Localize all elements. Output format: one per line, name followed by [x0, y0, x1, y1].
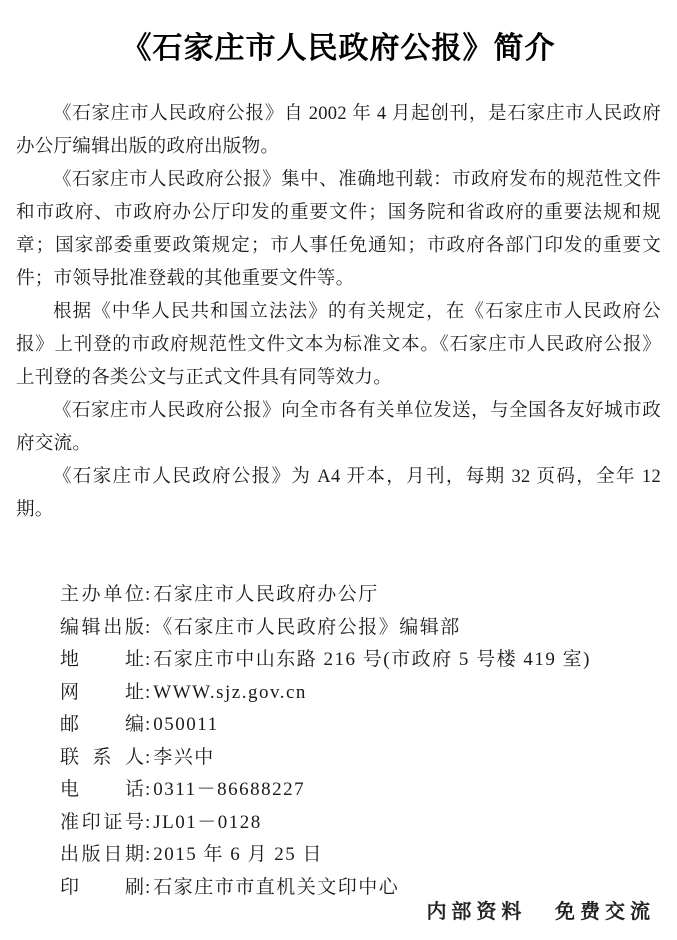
- document-page: 《石家庄市人民政府公报》简介 《石家庄市人民政府公报》自 2002 年 4 月起…: [0, 0, 677, 940]
- info-value: 050011: [153, 714, 218, 736]
- info-row-permit-number: 准印证号:JL01－0128: [60, 807, 661, 840]
- info-value: WWW.sjz.gov.cn: [153, 682, 307, 704]
- footer-free-exchange-label: 免费交流: [555, 901, 655, 923]
- info-colon: :: [145, 617, 150, 639]
- info-label: 主办单位: [60, 579, 144, 606]
- info-row-website: 网址:WWW.sjz.gov.cn: [60, 677, 661, 710]
- footer-note: 内部资料 免费交流: [426, 895, 655, 924]
- info-value: JL01－0128: [153, 807, 262, 834]
- intro-paragraphs: 《石家庄市人民政府公报》自 2002 年 4 月起创刊，是石家庄市人民政府办公厅…: [16, 98, 661, 527]
- info-label: 地址: [60, 644, 144, 671]
- info-colon: :: [145, 779, 150, 801]
- info-value: 石家庄市人民政府办公厅: [153, 579, 379, 606]
- publication-info-list: 主办单位:石家庄市人民政府办公厅 编辑出版:《石家庄市人民政府公报》编辑部 地址…: [60, 579, 661, 904]
- info-row-postcode: 邮编:050011: [60, 709, 661, 742]
- info-colon: :: [145, 844, 150, 866]
- info-row-publish-date: 出版日期:2015 年 6 月 25 日: [60, 839, 661, 872]
- info-colon: :: [145, 812, 150, 834]
- info-row-contact: 联系人:李兴中: [60, 742, 661, 775]
- info-value: 石家庄市中山东路 216 号(市政府 5 号楼 419 室): [153, 644, 591, 671]
- paragraph-founding: 《石家庄市人民政府公报》自 2002 年 4 月起创刊，是石家庄市人民政府办公厅…: [16, 98, 661, 164]
- info-colon: :: [145, 877, 150, 899]
- info-value: 0311－86688227: [153, 774, 305, 801]
- info-label: 准印证号: [60, 807, 144, 834]
- info-row-organizer: 主办单位:石家庄市人民政府办公厅: [60, 579, 661, 612]
- info-colon: :: [145, 584, 150, 606]
- info-label: 联系人: [60, 742, 144, 769]
- info-label: 出版日期: [60, 839, 144, 866]
- info-value: 李兴中: [153, 742, 215, 769]
- info-value: 2015 年 6 月 25 日: [153, 839, 323, 866]
- info-row-address: 地址:石家庄市中山东路 216 号(市政府 5 号楼 419 室): [60, 644, 661, 677]
- info-colon: :: [145, 747, 150, 769]
- info-label: 印刷: [60, 872, 144, 899]
- info-row-publisher: 编辑出版:《石家庄市人民政府公报》编辑部: [60, 612, 661, 645]
- info-label: 电话: [60, 774, 144, 801]
- paragraph-format: 《石家庄市人民政府公报》为 A4 开本，月刊，每期 32 页码，全年 12 期。: [16, 461, 661, 527]
- info-value: 《石家庄市人民政府公报》编辑部: [153, 612, 461, 639]
- paragraph-distribution: 《石家庄市人民政府公报》向全市各有关单位发送，与全国各友好城市政府交流。: [16, 395, 661, 461]
- info-row-phone: 电话:0311－86688227: [60, 774, 661, 807]
- info-label: 邮编: [60, 709, 144, 736]
- info-colon: :: [145, 649, 150, 671]
- info-value: 石家庄市市直机关文印中心: [153, 872, 399, 899]
- info-label: 编辑出版: [60, 612, 144, 639]
- paragraph-legal-status: 根据《中华人民共和国立法法》的有关规定，在《石家庄市人民政府公报》上刊登的市政府…: [16, 296, 661, 395]
- info-colon: :: [145, 682, 150, 704]
- page-title: 《石家庄市人民政府公报》简介: [16, 30, 661, 68]
- footer-internal-material-label: 内部资料: [426, 901, 526, 923]
- info-colon: :: [145, 714, 150, 736]
- info-label: 网址: [60, 677, 144, 704]
- paragraph-contents: 《石家庄市人民政府公报》集中、准确地刊载：市政府发布的规范性文件和市政府、市政府…: [16, 164, 661, 296]
